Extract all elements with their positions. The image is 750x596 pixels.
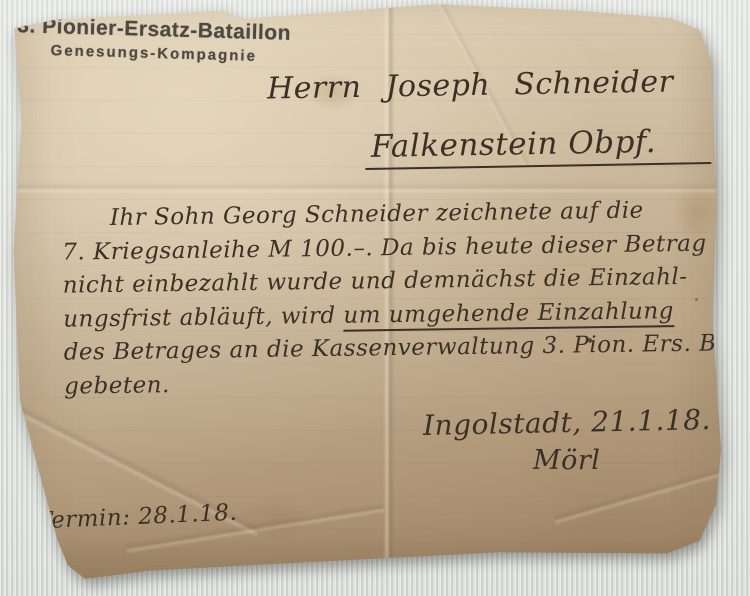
recipient-name: Herrn Joseph Schneider	[267, 64, 674, 106]
fold-crease-horizontal	[5, 182, 721, 194]
document-paper: 3. Pionier-Ersatz-Bataillon Genesungs-Ko…	[5, 2, 721, 580]
recipient-place: Falkenstein Obpf.	[365, 123, 712, 170]
unit-stamp: 3. Pionier-Ersatz-Bataillon Genesungs-Ko…	[16, 14, 291, 66]
paper-stain	[235, 497, 315, 542]
letter-body: Ihr Sohn Georg Schneider zeichnete auf d…	[62, 193, 730, 403]
stamp-unit-name: 3. Pionier-Ersatz-Bataillon	[17, 14, 291, 46]
stamp-company-name: Genesungs-Kompagnie	[50, 42, 290, 66]
photo-background: 3. Pionier-Ersatz-Bataillon Genesungs-Ko…	[0, 0, 750, 596]
dateline: Ingolstadt, 21.1.18.	[423, 403, 712, 442]
document-paper-shadow: 3. Pionier-Ersatz-Bataillon Genesungs-Ko…	[0, 0, 750, 596]
body-line-4-plain: ungsfrist abläuft, wird	[63, 302, 343, 332]
body-line-4-underlined: um umgehende Einzahlung	[343, 298, 674, 332]
signature: Mörl	[533, 445, 600, 476]
